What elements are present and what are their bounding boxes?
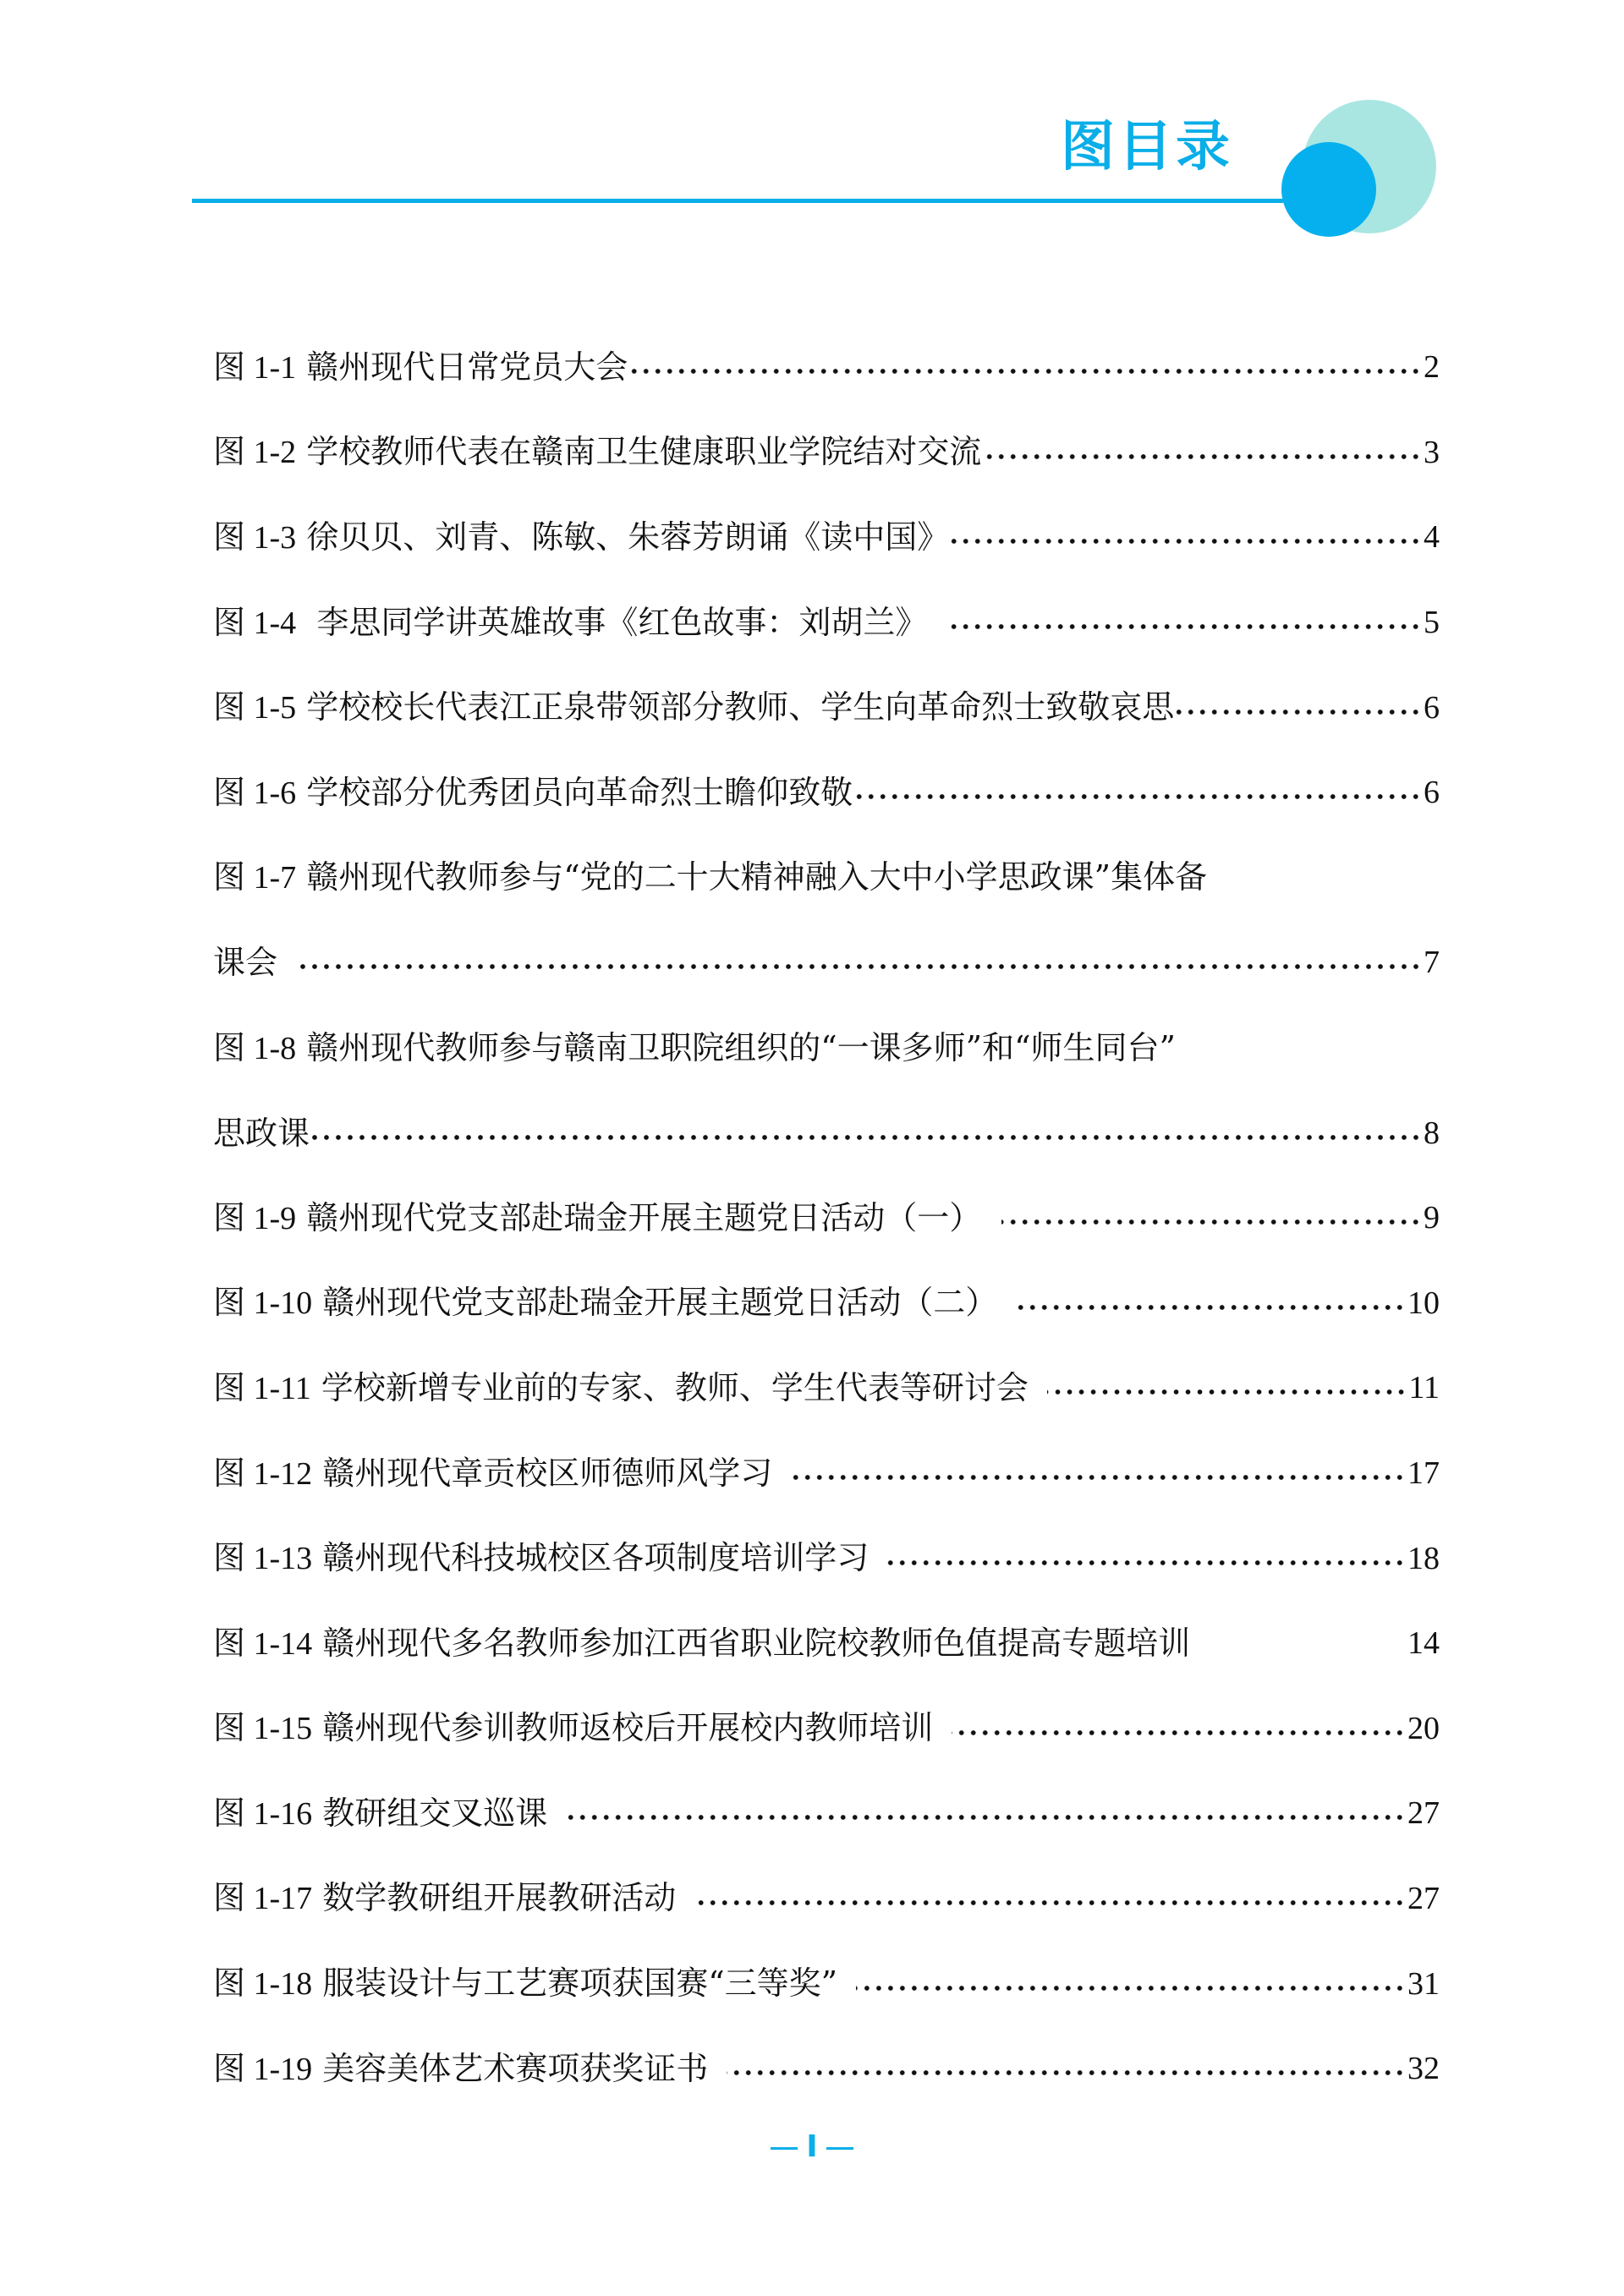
dot-leader [854,771,1422,814]
figure-number: 图 1-11 [213,1371,311,1406]
figure-title: 赣州现代科技城校区各项制度培训学习 [322,1539,869,1576]
figure-number: 图 1-18 [213,1966,312,2002]
figure-title: 学校部分优秀团员向革命烈士瞻仰致敬 [306,774,853,811]
dot-leader [311,1112,1422,1154]
figure-number: 图 1-1 [213,350,296,386]
figure-title: 数学教研组开展教研活动 [322,1879,676,1916]
figure-number: 图 1-13 [213,1541,312,1576]
figure-number: 图 1-15 [213,1711,312,1746]
page-number: 5 [1424,601,1440,644]
page-number: 18 [1407,1537,1440,1580]
figure-number: 图 1-5 [213,690,296,726]
toc-entry[interactable]: 图 1-1 赣州现代日常党员大会 2 [213,325,1440,410]
toc-entry[interactable]: 图 1-14 赣州现代多名教师参加江西省职业院校教师色值提高专题培训 14 [213,1601,1440,1686]
toc-entry[interactable]: 图 1-16 教研组交叉巡课 27 [213,1771,1440,1856]
footer-page-number: I [806,2129,817,2164]
figure-title-continuation: 思政课 [213,1112,310,1154]
figure-title: 赣州现代教师参与赣南卫职院组织的“一课多师”和“师生同台” [306,1029,1176,1066]
figure-title: 赣州现代参训教师返校后开展校内教师培训 [322,1709,933,1746]
page-footer: I [0,2129,1624,2164]
entry-text: 图 1-3 徐贝贝、刘青、陈敏、朱蓉芳朗诵《读中国》 [213,516,949,559]
dot-leader [947,601,1422,644]
entry-text: 图 1-19 美容美体艺术赛项获奖证书 [213,2047,708,2091]
entry-text: 图 1-17 数学教研组开展教研活动 [213,1877,676,1920]
page-number: 8 [1424,1112,1440,1154]
page-number: 7 [1424,941,1440,984]
page-number: 2 [1424,346,1440,388]
dot-leader [296,941,1422,984]
figure-title: 赣州现代党支部赴瑞金开展主题党日活动（二） [322,1284,997,1321]
figure-title-continuation: 课会 [213,941,277,984]
page-number: 27 [1407,1792,1440,1834]
page-number: 31 [1407,1963,1440,2005]
dot-leader [1047,1367,1407,1409]
page-number: 17 [1407,1452,1440,1494]
header-rule [192,199,1283,203]
figure-title: 美容美体艺术赛项获奖证书 [322,2050,708,2087]
entry-text: 图 1-10 赣州现代党支部赴瑞金开展主题党日活动（二） [213,1281,997,1324]
dot-leader [952,1707,1406,1750]
entry-text: 图 1-2 学校教师代表在赣南卫生健康职业学院结对交流 [213,430,981,474]
toc-entry-continuation[interactable]: 思政课 8 [213,1090,1440,1175]
toc-entry[interactable]: 图 1-9 赣州现代党支部赴瑞金开展主题党日活动（一） 9 [213,1175,1440,1261]
figure-number: 图 1-2 [213,435,296,470]
entry-text: 图 1-5 学校校长代表江正泉带领部分教师、学生向革命烈士致敬哀思 [213,686,1174,729]
figure-title: 徐贝贝、刘青、陈敏、朱蓉芳朗诵《读中国》 [306,518,949,556]
toc-entry[interactable]: 图 1-10 赣州现代党支部赴瑞金开展主题党日活动（二） 10 [213,1261,1440,1346]
figure-title: 赣州现代教师参与“党的二十大精神融入大中小学思政课”集体备 [306,858,1207,896]
figure-number: 图 1-9 [213,1201,296,1236]
figure-title: 学校新增专业前的专家、教师、学生代表等研讨会 [321,1369,1029,1406]
figure-number: 图 1-3 [213,520,296,556]
entry-text: 图 1-9 赣州现代党支部赴瑞金开展主题党日活动（一） [213,1197,981,1240]
entry-text: 图 1-18 服装设计与工艺赛项获国赛“三等奖” [213,1962,837,2005]
dot-leader [694,1877,1406,1920]
footer-dash-left [771,2147,798,2150]
toc-entry[interactable]: 图 1-17 数学教研组开展教研活动 27 [213,1856,1440,1942]
toc-entry[interactable]: 图 1-8 赣州现代教师参与赣南卫职院组织的“一课多师”和“师生同台” [213,1006,1440,1091]
page-number: 6 [1424,771,1440,814]
toc-entry[interactable]: 图 1-13 赣州现代科技城校区各项制度培训学习 18 [213,1515,1440,1601]
figure-number: 图 1-12 [213,1456,312,1492]
dot-leader [887,1537,1406,1580]
figure-number: 图 1-17 [213,1881,312,1916]
page-title: 图目录 [1061,113,1233,181]
figure-list: 图 1-1 赣州现代日常党员大会 2 图 1-2 学校教师代表在赣南卫生健康职业… [213,325,1440,2111]
figure-title: 服装设计与工艺赛项获国赛“三等奖” [322,1964,837,2002]
entry-text: 图 1-6 学校部分优秀团员向革命烈士瞻仰致敬 [213,771,853,814]
toc-entry[interactable]: 图 1-7 赣州现代教师参与“党的二十大精神融入大中小学思政课”集体备 [213,836,1440,921]
toc-entry[interactable]: 图 1-19 美容美体艺术赛项获奖证书 32 [213,2026,1440,2112]
toc-entry[interactable]: 图 1-12 赣州现代章贡校区师德师风学习 17 [213,1431,1440,1516]
dot-leader [629,346,1422,388]
page-number: 9 [1424,1197,1440,1239]
dot-leader [1001,1197,1422,1239]
figure-number: 图 1-6 [213,775,296,811]
toc-entry-continuation[interactable]: 课会 7 [213,920,1440,1006]
dot-leader [1176,687,1422,729]
toc-entry[interactable]: 图 1-4 李思同学讲英雄故事《红色故事：刘胡兰》 5 [213,580,1440,666]
entry-text: 图 1-7 赣州现代教师参与“党的二十大精神融入大中小学思政课”集体备 [213,856,1207,899]
figure-number: 图 1-14 [213,1626,312,1662]
footer-dash-right [826,2147,853,2150]
toc-entry[interactable]: 图 1-11 学校新增专业前的专家、教师、学生代表等研讨会 11 [213,1345,1440,1431]
figure-title: 赣州现代多名教师参加江西省职业院校教师色值提高专题培训 [322,1625,1190,1662]
figure-number: 图 1-7 [213,860,296,896]
figure-title: 赣州现代日常党员大会 [306,348,628,386]
entry-text: 图 1-16 教研组交叉巡课 [213,1792,547,1835]
figure-number: 图 1-4 [213,606,296,641]
entry-text: 图 1-12 赣州现代章贡校区师德师风学习 [213,1452,772,1495]
figure-number: 图 1-10 [213,1285,312,1321]
dot-leader [727,2047,1406,2090]
entry-text: 图 1-1 赣州现代日常党员大会 [213,346,628,389]
toc-entry[interactable]: 图 1-15 赣州现代参训教师返校后开展校内教师培训 20 [213,1686,1440,1772]
entry-text: 图 1-11 学校新增专业前的专家、教师、学生代表等研讨会 [213,1367,1029,1410]
page-number: 3 [1424,431,1440,474]
page-number: 14 [1407,1622,1440,1664]
figure-title: 教研组交叉巡课 [322,1795,547,1832]
figure-title: 赣州现代章贡校区师德师风学习 [322,1455,772,1492]
dot-leader [566,1792,1406,1834]
entry-text: 图 1-4 李思同学讲英雄故事《红色故事：刘胡兰》 [213,601,927,644]
page-number: 20 [1407,1707,1440,1750]
figure-title: 学校教师代表在赣南卫生健康职业学院结对交流 [306,433,981,470]
entry-text: 图 1-13 赣州现代科技城校区各项制度培训学习 [213,1537,869,1580]
toc-entry[interactable]: 图 1-2 学校教师代表在赣南卫生健康职业学院结对交流 3 [213,410,1440,496]
page-number: 6 [1424,687,1440,729]
figure-number: 图 1-19 [213,2052,312,2087]
page-number: 27 [1407,1877,1440,1920]
dot-leader [951,516,1422,558]
page-number: 10 [1407,1282,1440,1324]
page-number: 11 [1408,1367,1440,1409]
dot-leader [856,1963,1406,2005]
toc-entry[interactable]: 图 1-18 服装设计与工艺赛项获国赛“三等奖” 31 [213,1941,1440,2026]
toc-entry[interactable]: 图 1-3 徐贝贝、刘青、陈敏、朱蓉芳朗诵《读中国》 4 [213,495,1440,580]
dot-leader [1018,1282,1406,1324]
toc-entry[interactable]: 图 1-6 学校部分优秀团员向革命烈士瞻仰致敬 6 [213,750,1440,836]
entry-text: 图 1-8 赣州现代教师参与赣南卫职院组织的“一课多师”和“师生同台” [213,1027,1176,1070]
figure-title: 学校校长代表江正泉带领部分教师、学生向革命烈士致敬哀思 [306,688,1174,726]
entry-text: 图 1-15 赣州现代参训教师返校后开展校内教师培训 [213,1707,933,1750]
dot-leader [983,431,1422,474]
figure-title: 赣州现代党支部赴瑞金开展主题党日活动（一） [306,1199,981,1236]
page-number: 4 [1424,516,1440,558]
dot-leader [791,1452,1406,1494]
entry-text: 图 1-14 赣州现代多名教师参加江西省职业院校教师色值提高专题培训 [213,1622,1190,1665]
figure-number: 图 1-8 [213,1031,296,1066]
toc-entry[interactable]: 图 1-5 学校校长代表江正泉带领部分教师、学生向革命烈士致敬哀思 6 [213,665,1440,750]
figure-title: 李思同学讲英雄故事《红色故事：刘胡兰》 [306,604,927,641]
page-number: 32 [1407,2047,1440,2090]
decorative-circle-dark [1281,142,1376,237]
figure-number: 图 1-16 [213,1796,312,1832]
